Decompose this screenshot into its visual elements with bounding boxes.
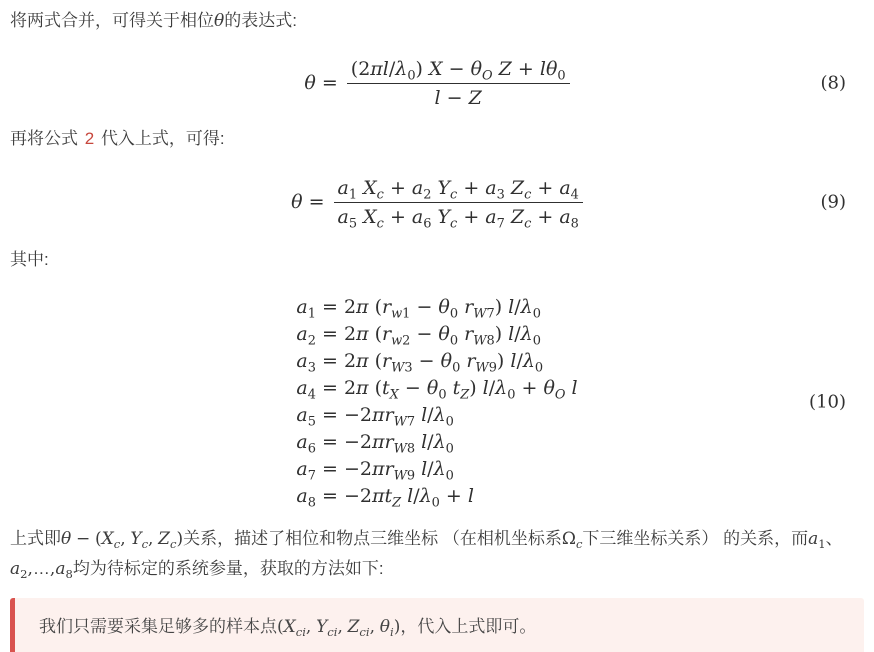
- paragraph-summary: 上式即θ − (Xc, Yc, Zc)关系，描述了相位和物点三维坐标 （在相机坐…: [10, 524, 864, 584]
- eq10-line-a4: a4 = 2π (tX − θ0 tZ) l/λ0 + θO l: [296, 375, 577, 402]
- eq8-lhs: θ =: [304, 72, 337, 94]
- eq10-line-a5: a5 = −2πrW7 l/λ0: [296, 402, 577, 429]
- paragraph-intro-eq9: 再将公式 2 代入上式，可得:: [10, 124, 864, 153]
- formula-2-link[interactable]: 2: [83, 129, 96, 148]
- eq8-numerator: (2πl/λ0) X − θO Z + lθ0: [347, 58, 570, 84]
- equation-10-body: a1 = 2π (rw1 − θ0 rW7) l/λ0 a2 = 2π (rw2…: [296, 294, 577, 510]
- equation-8-body: θ = (2πl/λ0) X − θO Z + lθ0 l − Z: [304, 58, 569, 109]
- equation-9-number: (9): [821, 192, 847, 213]
- eq9-numerator: a1 Xc + a2 Yc + a3 Zc + a4: [334, 177, 583, 203]
- article-content: 将两式合并，可得关于相位θ的表达式: θ = (2πl/λ0) X − θO Z…: [0, 0, 874, 652]
- eq10-line-a3: a3 = 2π (rW3 − θ0 rW9) l/λ0: [296, 348, 577, 375]
- eq10-line-a6: a6 = −2πrW8 l/λ0: [296, 429, 577, 456]
- equation-9-body: θ = a1 Xc + a2 Yc + a3 Zc + a4 a5 Xc + a…: [291, 177, 583, 228]
- equation-10: a1 = 2π (rw1 − θ0 rW7) l/λ0 a2 = 2π (rw2…: [10, 294, 864, 510]
- paragraph-intro-eq8: 将两式合并，可得关于相位θ的表达式:: [10, 6, 864, 36]
- note-callout-text: 我们只需要采集足够多的样本点(Xci, Yci, Zci, θi)，代入上式即可…: [39, 617, 536, 636]
- eq9-denominator: a5 Xc + a6 Yc + a7 Zc + a8: [334, 203, 583, 228]
- equation-8-number: (8): [821, 73, 847, 94]
- eq10-line-a8: a8 = −2πtZ l/λ0 + l: [296, 483, 577, 510]
- eq10-line-a1: a1 = 2π (rw1 − θ0 rW7) l/λ0: [296, 294, 577, 321]
- paragraph-qizhong: 其中:: [10, 245, 864, 274]
- eq9-lhs: θ =: [291, 191, 324, 213]
- note-callout: 我们只需要采集足够多的样本点(Xci, Yci, Zci, θi)，代入上式即可…: [10, 598, 864, 652]
- eq8-denominator: l − Z: [347, 84, 570, 109]
- eq8-fraction: (2πl/λ0) X − θO Z + lθ0 l − Z: [347, 58, 570, 109]
- paragraph-eq9-text-before: 再将公式: [10, 129, 78, 148]
- paragraph-eq9-text-after: 代入上式，可得:: [101, 129, 225, 148]
- eq10-line-a2: a2 = 2π (rw2 − θ0 rW8) l/λ0: [296, 321, 577, 348]
- equation-10-number: (10): [809, 392, 846, 413]
- equation-9: θ = a1 Xc + a2 Yc + a3 Zc + a4 a5 Xc + a…: [10, 169, 864, 235]
- eq9-fraction: a1 Xc + a2 Yc + a3 Zc + a4 a5 Xc + a6 Yc…: [334, 177, 583, 228]
- equation-8: θ = (2πl/λ0) X − θO Z + lθ0 l − Z (8): [10, 52, 864, 114]
- eq10-line-a7: a7 = −2πrW9 l/λ0: [296, 456, 577, 483]
